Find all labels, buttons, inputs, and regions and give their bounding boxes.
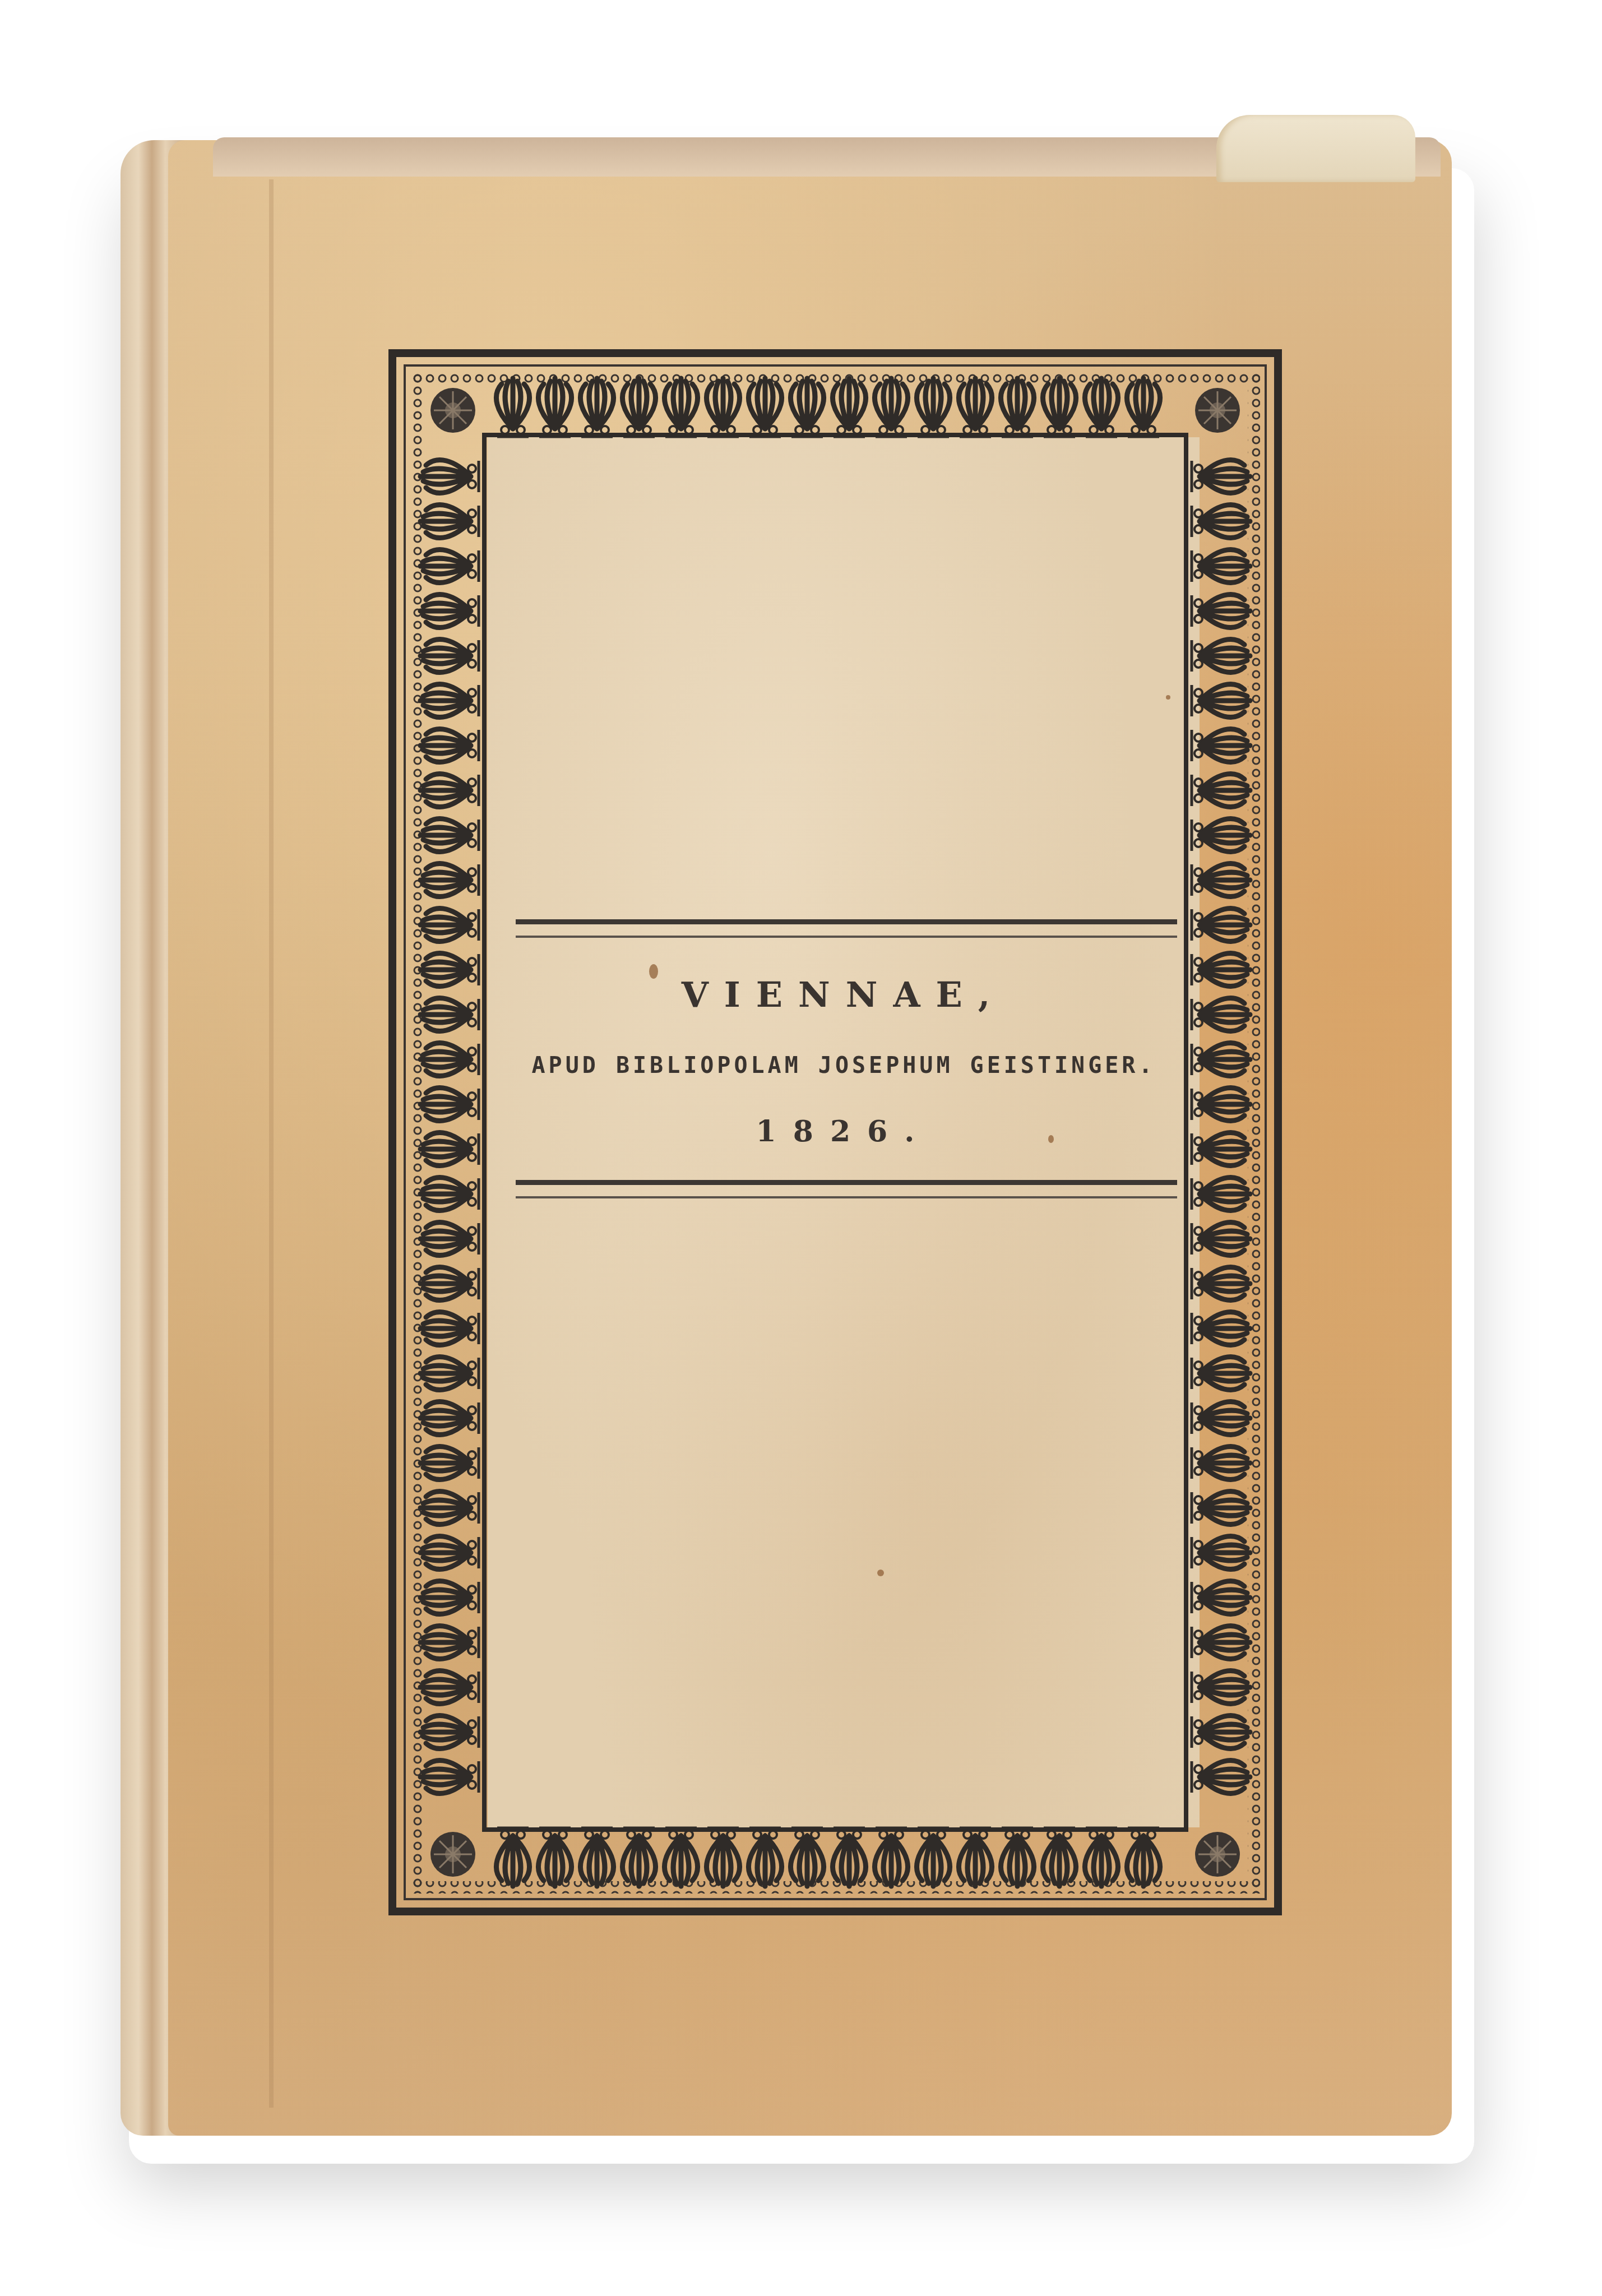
spine-fold [269,179,274,2108]
foxing-spot [1048,1135,1054,1143]
imprint: VIENNAE, APUD BIBLIOPOLAM JOSEPHUM GEIST… [488,931,1200,1211]
foxing-spot [877,1570,884,1576]
imprint-city: VIENNAE, [488,974,1200,1015]
imprint-year: 1826. [488,1114,1200,1149]
paper-tab [1216,115,1415,182]
imprint-publisher: APUD BIBLIOPOLAM JOSEPHUM GEISTINGER. [488,1053,1200,1078]
foxing-spot [1166,695,1170,700]
foxing-spot [649,964,658,979]
